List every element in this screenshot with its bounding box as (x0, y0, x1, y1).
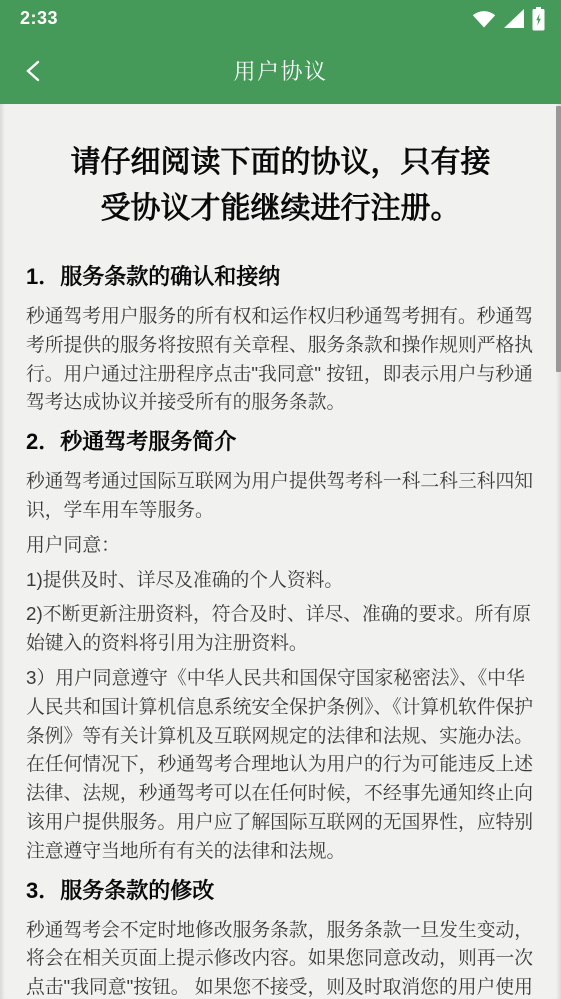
section-3-paragraph: 秒通驾考会不定时地修改服务条款，服务条款一旦发生变动，将会在相关页面上提示修改内… (26, 916, 535, 999)
back-button[interactable] (14, 51, 52, 91)
section-title-3: 3．服务条款的修改 (26, 876, 535, 906)
section-2-paragraph-2: 用户同意： (26, 531, 535, 560)
section-2-list-item-3: 3）用户同意遵守《中华人民共和国保守国家秘密法》、《中华人民共和国计算机信息系统… (26, 664, 535, 866)
section-2-list-item-2: 2)不断更新注册资料，符合及时、详尽、准确的要求。所有原始键入的资料将引用为注册… (26, 600, 535, 658)
section-1-paragraph: 秒通驾考用户服务的所有权和运作权归秒通驾考拥有。秒通驾考所提供的服务将按照有关章… (26, 302, 535, 417)
intro-heading: 请仔细阅读下面的协议，只有接受协议才能继续进行注册。 (58, 140, 503, 232)
chevron-left-icon (22, 71, 44, 86)
section-2-list-item-1: 1)提供及时、详尽及准确的个人资料。 (26, 566, 535, 595)
battery-charging-icon (532, 7, 545, 31)
status-icons (472, 7, 545, 31)
section-title-1: 1．服务条款的确认和接纳 (26, 262, 535, 292)
wifi-icon (472, 9, 496, 28)
section-title-2: 2．秒通驾考服务简介 (26, 427, 535, 457)
status-bar: 2:33 (0, 0, 561, 37)
app-bar: 用户协议 (0, 37, 561, 104)
screen: 2:33 (0, 0, 561, 999)
scrollbar-thumb[interactable] (556, 106, 561, 372)
agreement-content[interactable]: 请仔细阅读下面的协议，只有接受协议才能继续进行注册。 1．服务条款的确认和接纳 … (0, 104, 561, 999)
page-title: 用户协议 (233, 55, 327, 86)
cell-signal-icon (503, 9, 525, 28)
status-time: 2:33 (20, 8, 58, 29)
section-2-paragraph-1: 秒通驾考通过国际互联网为用户提供驾考科一科二科三科四知识，学车用车等服务。 (26, 467, 535, 525)
